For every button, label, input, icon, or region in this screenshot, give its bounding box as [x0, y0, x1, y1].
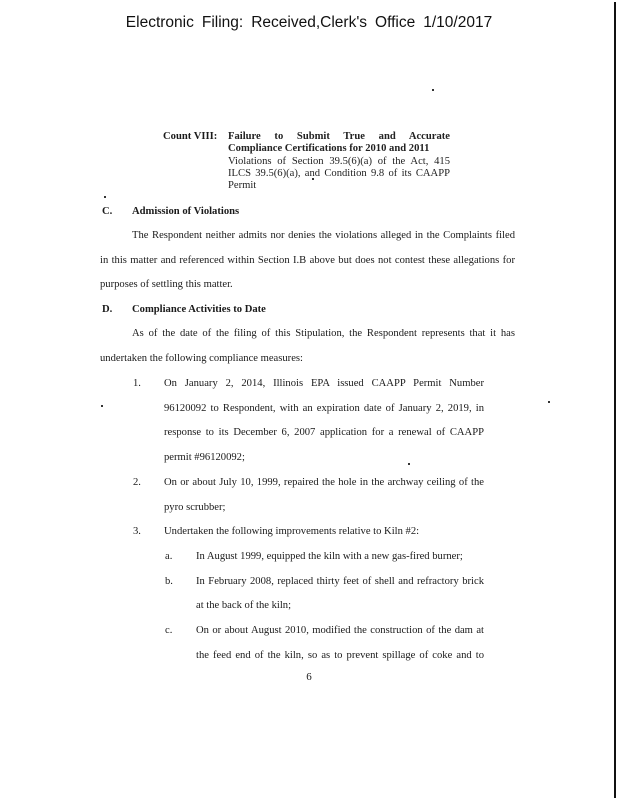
- stamp-word: Received,Clerk's: [251, 14, 367, 31]
- stamp-word: Filing:: [202, 14, 243, 31]
- item-line: 96120092 to Respondent, with an expirati…: [164, 403, 484, 414]
- stamp-word: Electronic: [126, 14, 194, 31]
- subitem-line: On or about August 2010, modified the co…: [196, 625, 484, 636]
- stamp-date: 1/10/2017: [423, 14, 492, 31]
- section-d-title: Compliance Activities to Date: [132, 304, 266, 315]
- scan-speck: [101, 405, 103, 407]
- subitem-line: at the back of the kiln;: [196, 600, 484, 611]
- page-number: 6: [0, 671, 618, 683]
- stamp-word: Office: [375, 14, 415, 31]
- subitem-line: In February 2008, replaced thirty feet o…: [196, 576, 484, 587]
- subitem-letter: b.: [165, 576, 173, 587]
- item-line: permit #96120092;: [164, 452, 484, 463]
- item-line: On or about July 10, 1999, repaired the …: [164, 477, 484, 488]
- count-label: Count VIII:: [163, 131, 217, 142]
- section-c-letter: C.: [102, 206, 112, 217]
- subitem-letter: a.: [165, 551, 172, 562]
- item-number: 1.: [133, 378, 141, 389]
- item-line: response to its December 6, 2007 applica…: [164, 427, 484, 438]
- subitem-line: In August 1999, equipped the kiln with a…: [196, 551, 484, 562]
- subitem-letter: c.: [165, 625, 172, 636]
- section-d-line: undertaken the following compliance meas…: [100, 353, 515, 364]
- count-block: Failure to Submit True and Accurate Comp…: [228, 131, 450, 192]
- scan-speck: [408, 463, 410, 465]
- item-line: Undertaken the following improvements re…: [164, 526, 484, 537]
- section-d-line: As of the date of the filing of this Sti…: [132, 328, 515, 339]
- section-c-line: The Respondent neither admits nor denies…: [132, 230, 515, 241]
- scan-speck: [548, 401, 550, 403]
- item-number: 2.: [133, 477, 141, 488]
- scan-speck: [432, 89, 434, 91]
- count-title: Failure to Submit True and Accurate Comp…: [228, 131, 450, 156]
- count-description: Violations of Section 39.5(6)(a) of the …: [228, 156, 450, 193]
- scan-speck: [104, 196, 106, 198]
- item-number: 3.: [133, 526, 141, 537]
- item-line: On January 2, 2014, Illinois EPA issued …: [164, 378, 484, 389]
- section-c-line: in this matter and referenced within Sec…: [100, 255, 515, 266]
- section-c-line: purposes of settling this matter.: [100, 279, 515, 290]
- section-d-letter: D.: [102, 304, 112, 315]
- filing-stamp: ElectronicFiling:Received,Clerk'sOffice1…: [0, 14, 618, 32]
- subitem-line: the feed end of the kiln, so as to preve…: [196, 650, 484, 661]
- section-c-title: Admission of Violations: [132, 206, 239, 217]
- item-line: pyro scrubber;: [164, 502, 484, 513]
